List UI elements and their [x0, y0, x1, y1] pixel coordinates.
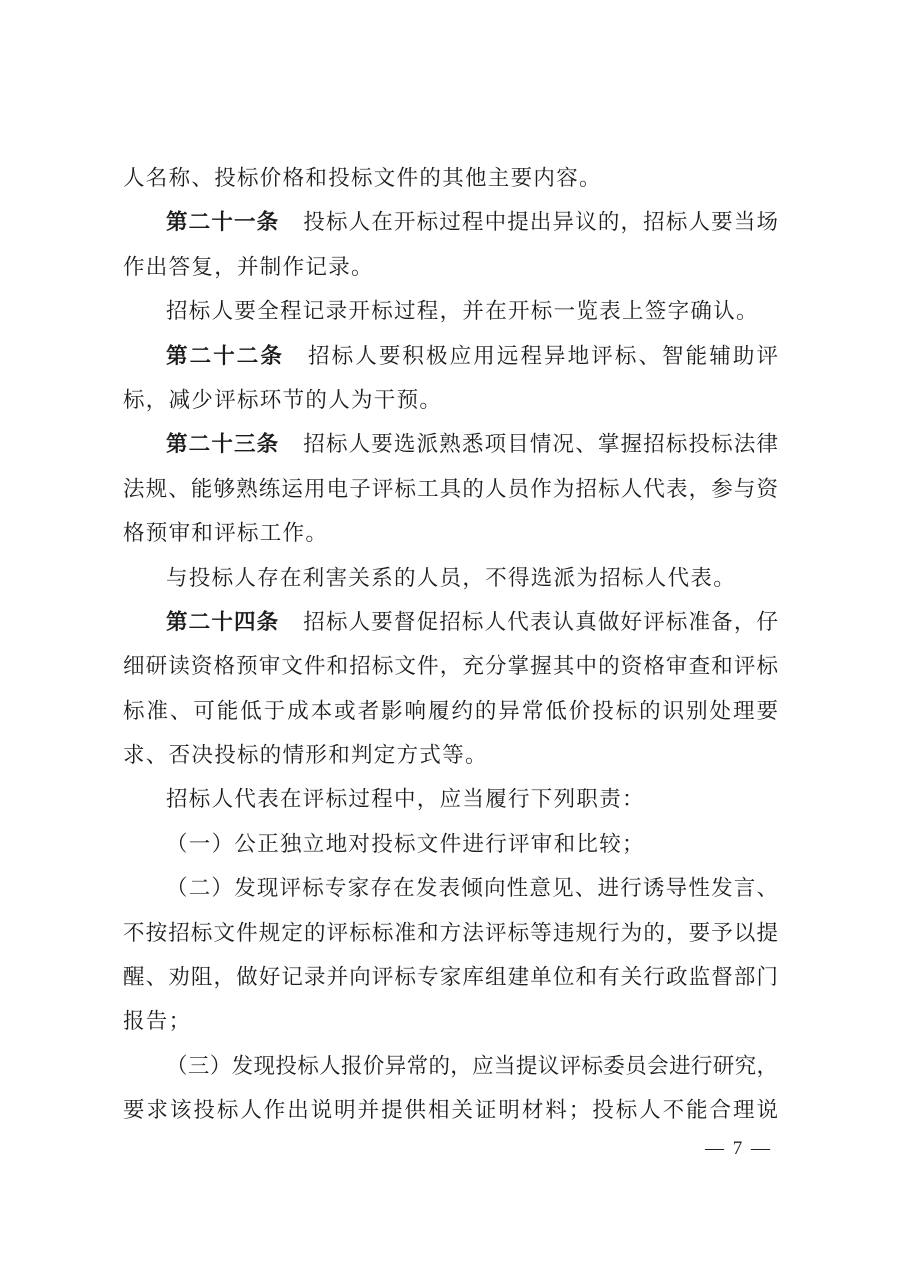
line-text: 法规、能够熟练运用电子评标工具的人员作为招标人代表，参与资 — [123, 477, 778, 501]
line-text: 标准、可能低于成本或者影响履约的异常低价投标的识别处理要 — [123, 699, 778, 723]
article-number: 第二十一条 — [166, 210, 279, 234]
line-text: 招标人要全程记录开标过程，并在开标一览表上签字确认。 — [166, 299, 759, 323]
text-line: 第二十二条招标人要积极应用远程异地评标、智能辅助评 — [123, 334, 778, 378]
text-line: 细研读资格预审文件和招标文件，充分掌握其中的资格审查和评标 — [123, 644, 778, 688]
text-line: 招标人要全程记录开标过程，并在开标一览表上签字确认。 — [123, 289, 778, 333]
text-line: 不按招标文件规定的评标标准和方法评标等违规行为的，要予以提 — [123, 911, 778, 955]
line-text: 报告； — [123, 1009, 191, 1033]
line-text: 招标人要督促招标人代表认真做好评标准备，仔 — [303, 610, 778, 634]
text-line: 格预审和评标工作。 — [123, 511, 778, 555]
line-text: 醒、劝阻，做好记录并向评标专家库组建单位和有关行政监督部门 — [123, 965, 778, 989]
line-text: 投标人在开标过程中提出异议的，招标人要当场 — [303, 210, 778, 234]
article-number: 第二十四条 — [166, 610, 279, 634]
line-text: 求、否决投标的情形和判定方式等。 — [123, 743, 488, 767]
line-text: 招标人代表在评标过程中，应当履行下列职责： — [166, 787, 645, 811]
page-number: — 7 — — [123, 1135, 778, 1163]
text-line: 报告； — [123, 999, 778, 1043]
line-text: 人名称、投标价格和投标文件的其他主要内容。 — [123, 166, 602, 190]
text-line: 招标人代表在评标过程中，应当履行下列职责： — [123, 777, 778, 821]
article-number: 第二十二条 — [166, 344, 284, 368]
text-line: 要求该投标人作出说明并提供相关证明材料；投标人不能合理说 — [123, 1088, 778, 1132]
line-text: 不按招标文件规定的评标标准和方法评标等违规行为的，要予以提 — [123, 921, 778, 945]
text-line: 第二十四条招标人要督促招标人代表认真做好评标准备，仔 — [123, 600, 778, 644]
line-text: 细研读资格预审文件和招标文件，充分掌握其中的资格审查和评标 — [123, 654, 778, 678]
line-text: 与投标人存在利害关系的人员，不得选派为招标人代表。 — [166, 566, 736, 590]
document-page: 人名称、投标价格和投标文件的其他主要内容。第二十一条投标人在开标过程中提出异议的… — [0, 0, 900, 1273]
text-line: 法规、能够熟练运用电子评标工具的人员作为招标人代表，参与资 — [123, 467, 778, 511]
text-line: 第二十三条招标人要选派熟悉项目情况、掌握招标投标法律 — [123, 422, 778, 466]
text-line: （三）发现投标人报价异常的，应当提议评标委员会进行研究， — [123, 1044, 778, 1088]
text-line: （二）发现评标专家存在发表倾向性意见、进行诱导性发言、 — [123, 866, 778, 910]
line-text: 招标人要积极应用远程异地评标、智能辅助评 — [308, 344, 778, 368]
text-line: 醒、劝阻，做好记录并向评标专家库组建单位和有关行政监督部门 — [123, 955, 778, 999]
line-text: 要求该投标人作出说明并提供相关证明材料；投标人不能合理说 — [123, 1098, 778, 1122]
text-line: 求、否决投标的情形和判定方式等。 — [123, 733, 778, 777]
text-line: 标准、可能低于成本或者影响履约的异常低价投标的识别处理要 — [123, 689, 778, 733]
line-text: （二）发现评标专家存在发表倾向性意见、进行诱导性发言、 — [166, 876, 778, 900]
line-text: 格预审和评标工作。 — [123, 521, 328, 545]
line-text: （一）公正独立地对投标文件进行评审和比较； — [166, 832, 645, 856]
text-block: 人名称、投标价格和投标文件的其他主要内容。第二十一条投标人在开标过程中提出异议的… — [123, 156, 778, 1133]
line-text: （三）发现投标人报价异常的，应当提议评标委员会进行研究， — [166, 1054, 778, 1078]
text-line: 标，减少评标环节的人为干预。 — [123, 378, 778, 422]
line-text: 标，减少评标环节的人为干预。 — [123, 388, 442, 412]
text-line: 与投标人存在利害关系的人员，不得选派为招标人代表。 — [123, 556, 778, 600]
page-footer: — 7 — — [123, 1133, 778, 1163]
article-number: 第二十三条 — [166, 432, 279, 456]
line-text: 招标人要选派熟悉项目情况、掌握招标投标法律 — [303, 432, 778, 456]
text-line: （一）公正独立地对投标文件进行评审和比较； — [123, 822, 778, 866]
text-line: 作出答复，并制作记录。 — [123, 245, 778, 289]
line-text: 作出答复，并制作记录。 — [123, 255, 374, 279]
text-line: 人名称、投标价格和投标文件的其他主要内容。 — [123, 156, 778, 200]
text-line: 第二十一条投标人在开标过程中提出异议的，招标人要当场 — [123, 200, 778, 244]
